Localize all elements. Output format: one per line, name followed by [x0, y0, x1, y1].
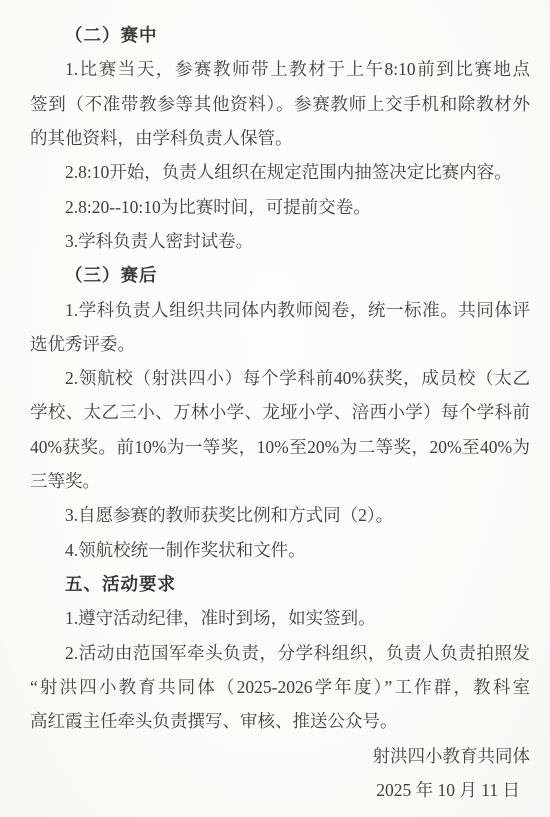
paragraph-line: 2.领航校（射洪四小）每个学科前40%获奖，成员校（太乙: [30, 361, 530, 395]
heading-during-competition: （二）赛中: [30, 18, 530, 52]
paragraph-line: 1.学科负责人组织共同体内教师阅卷，统一标准。共同体评: [30, 293, 530, 327]
paragraph-line: 1.比赛当天，参赛教师带上教材于上午8:10前到比赛地点: [30, 52, 530, 86]
heading-activity-requirements: 五、活动要求: [30, 567, 530, 601]
heading-after-competition: （三）赛后: [30, 258, 530, 292]
paragraph-line: 1.遵守活动纪律，准时到场，如实签到。: [30, 601, 530, 635]
signature-line: 射洪四小教育共同体: [30, 739, 530, 773]
paragraph-line: 高红霞主任牵头负责撰写、审核、推送公众号。: [30, 704, 530, 738]
paragraph-line: 学校、太乙三小、万林小学、龙垭小学、涪西小学）每个学科前: [30, 395, 530, 429]
paragraph-line: 3.学科负责人密封试卷。: [30, 224, 530, 258]
paragraph-line: 选优秀评委。: [30, 327, 530, 361]
paragraph-line: 3.自愿参赛的教师获奖比例和方式同（2）。: [30, 498, 530, 532]
paragraph-line: 签到（不准带教参等其他资料）。参赛教师上交手机和除教材外: [30, 87, 530, 121]
paragraph-line: 40%获奖。前10%为一等奖，10%至20%为二等奖，20%至40%为: [30, 430, 530, 464]
paragraph-line: “射洪四小教育共同体（2025-2026学年度）”工作群，教科室: [30, 670, 530, 704]
paragraph-line: 2.活动由范国军牵头负责，分学科组织，负责人负责拍照发: [30, 636, 530, 670]
paragraph-line: 的其他资料，由学科负责人保管。: [30, 121, 530, 155]
paragraph-line: 4.领航校统一制作奖状和文件。: [30, 533, 530, 567]
document-page: （二）赛中 1.比赛当天，参赛教师带上教材于上午8:10前到比赛地点 签到（不准…: [0, 0, 550, 817]
paragraph-line: 2.8:10开始，负责人组织在规定范围内抽签决定比赛内容。: [30, 155, 530, 189]
paragraph-line: 三等奖。: [30, 464, 530, 498]
date-line: 2025 年 10 月 11 日: [30, 773, 530, 807]
paragraph-line: 2.8:20--10:10为比赛时间，可提前交卷。: [30, 190, 530, 224]
